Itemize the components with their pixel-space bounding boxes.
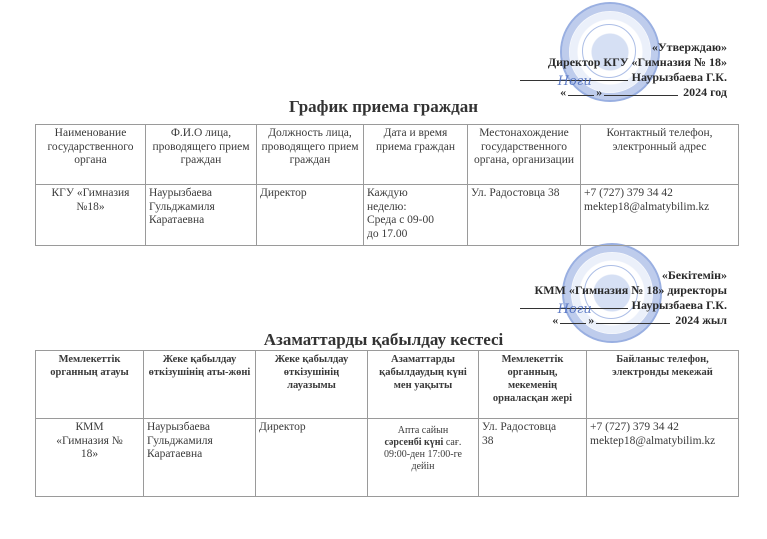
schedule-table-ru: Наименование государственного органа Ф.И… [35, 124, 739, 246]
cell-datetime: Апта сайынсәрсенбі күні сағ. 09:00-ден 1… [368, 419, 479, 497]
approval-name: Наурызбаева Г.К. [632, 70, 727, 84]
header-datetime: Азаматтарды қабылдаудың күні мен уақыты [368, 351, 479, 419]
approval-block-ru: «Утверждаю» Директор КГУ «Гимназия № 18»… [520, 40, 727, 100]
page-title-kz: Азаматтарды қабылдау кестесі [0, 330, 767, 350]
signature-line: Ноги [520, 308, 628, 309]
cell-location: Ул. Радостовца 38 [468, 185, 581, 246]
header-position: Жеке қабылдау өткізушінің лауазымы [256, 351, 368, 419]
approval-heading: «Бекітемін» [520, 268, 727, 283]
approval-signature-line: НогиНаурызбаева Г.К. [520, 70, 727, 85]
approval-position: Директор КГУ «Гимназия № 18» [520, 55, 727, 70]
signature-mark: Ноги [558, 302, 592, 317]
page-title-ru: График приема граждан [0, 97, 767, 117]
cell-contact: +7 (727) 379 34 42 mektep18@almatybilim.… [587, 419, 739, 497]
header-position: Должность лица, проводящего прием гражда… [257, 125, 364, 185]
approval-block-kz: «Бекітемін» КММ «Гимназия № 18» директор… [520, 268, 727, 328]
cell-fio: Наурызбаева Гульджамиля Каратаевна [146, 185, 257, 246]
cell-position: Директор [257, 185, 364, 246]
header-location: Мемлекеттік органның, мекеменің орналасқ… [479, 351, 587, 419]
cell-datetime: Каждую неделю: Среда с 09-00 до 17.00 [364, 185, 468, 246]
signature-line: Ноги [520, 80, 628, 81]
approval-year: 2024 жыл [675, 313, 727, 327]
header-organ: Мемлекеттік органның атауы [36, 351, 144, 419]
header-contact: Байланыс телефон, электронды мекежай [587, 351, 739, 419]
approval-date: «» 2024 жыл [520, 313, 727, 328]
schedule-table-kz: Мемлекеттік органның атауы Жеке қабылдау… [35, 350, 739, 497]
cell-contact: +7 (727) 379 34 42 mektep18@almatybilim.… [581, 185, 739, 246]
header-fio: Жеке қабылдау өткізушінің аты-жөні [144, 351, 256, 419]
cell-location: Ул. Радостовца 38 [479, 419, 587, 497]
signature-mark: Ноги [558, 74, 592, 89]
approval-heading: «Утверждаю» [520, 40, 727, 55]
cell-fio: Наурызбаева Гульджамиля Каратаевна [144, 419, 256, 497]
table-header-row: Наименование государственного органа Ф.И… [36, 125, 739, 185]
approval-position: КММ «Гимназия № 18» директоры [520, 283, 727, 298]
header-datetime: Дата и время приема граждан [364, 125, 468, 185]
header-fio: Ф.И.О лица, проводящего прием граждан [146, 125, 257, 185]
header-location: Местонахождение государственного органа,… [468, 125, 581, 185]
cell-organ: КММ «Гимназия № 18» [36, 419, 144, 497]
cell-organ: КГУ «Гимназия №18» [36, 185, 146, 246]
approval-signature-line: НогиНаурызбаева Г.К. [520, 298, 727, 313]
table-row: КГУ «Гимназия №18» Наурызбаева Гульджами… [36, 185, 739, 246]
table-row: КММ «Гимназия № 18» Наурызбаева Гульджам… [36, 419, 739, 497]
approval-name: Наурызбаева Г.К. [632, 298, 727, 312]
table-header-row: Мемлекеттік органның атауы Жеке қабылдау… [36, 351, 739, 419]
cell-position: Директор [256, 419, 368, 497]
header-contact: Контактный телефон, электронный адрес [581, 125, 739, 185]
header-organ: Наименование государственного органа [36, 125, 146, 185]
